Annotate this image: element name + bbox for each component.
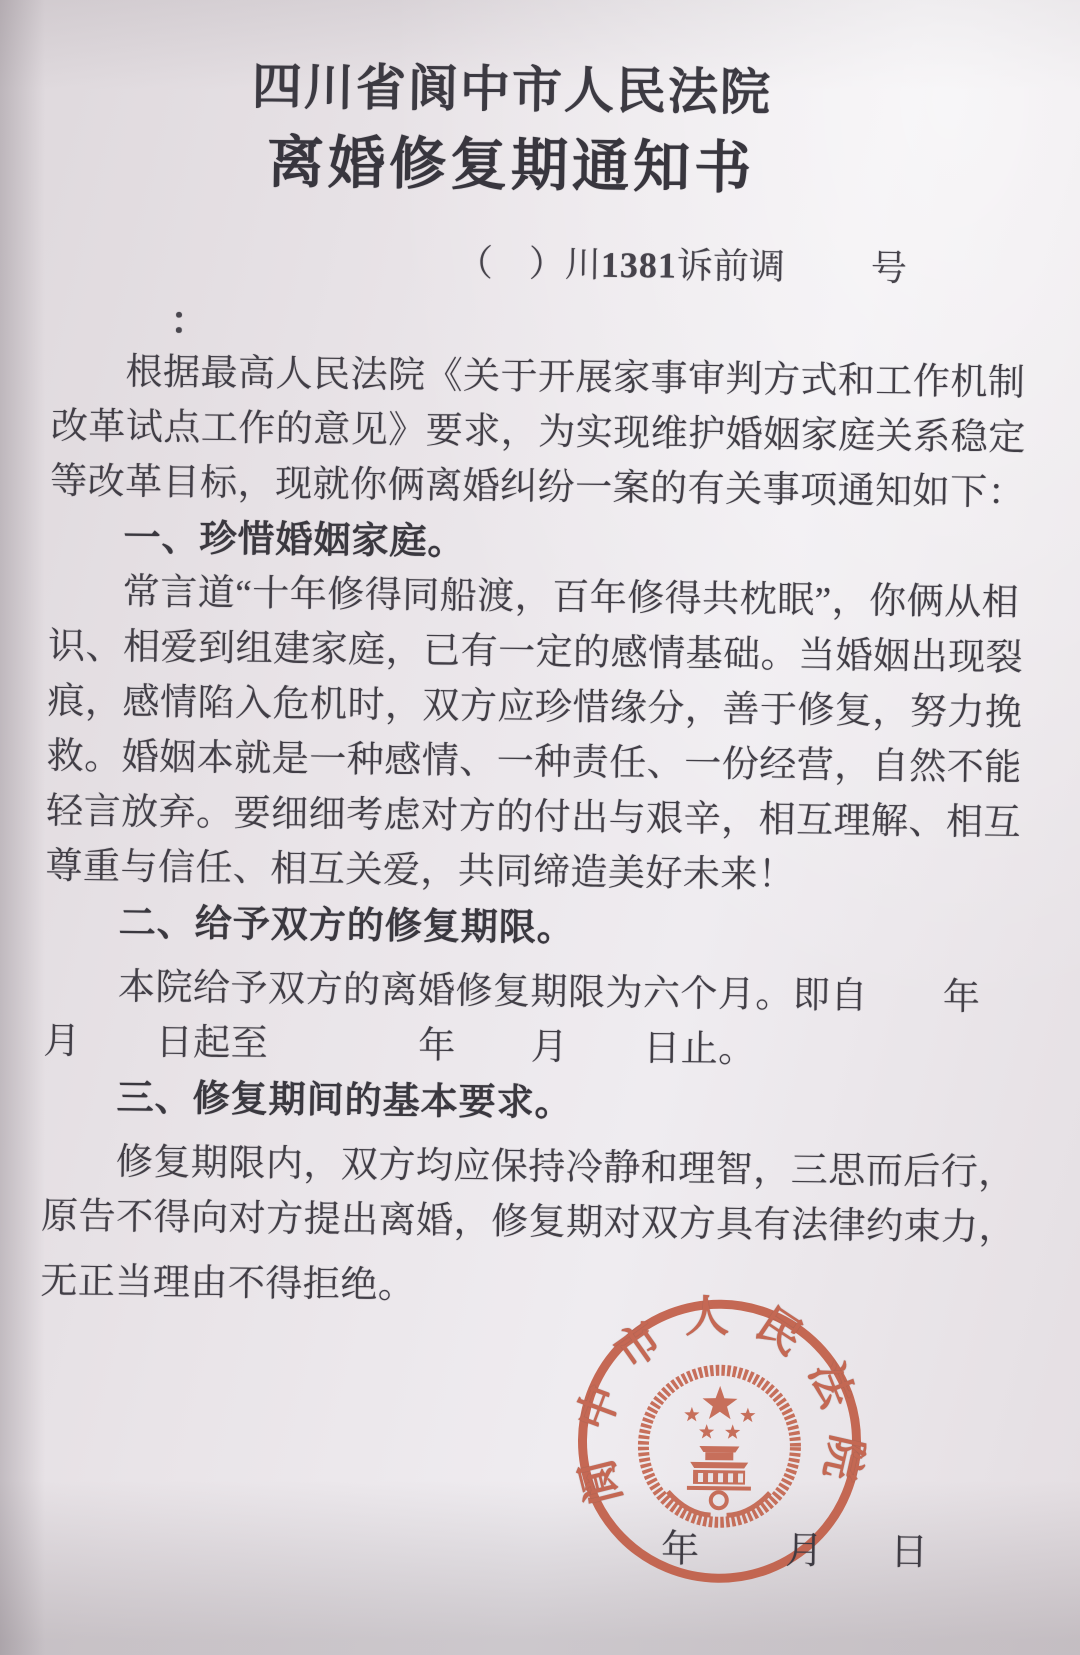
small-star [684, 1407, 699, 1422]
big-star [702, 1386, 737, 1420]
gear-icon [711, 1492, 727, 1508]
document-photo: { "colors": { "paper": "#e8e3e6", "ink":… [0, 0, 1080, 1655]
section-heading-3: 三、修复期间的基本要求。 [42, 1069, 959, 1135]
paper-sheet: 四川省阆中市人民法院 离婚修复期通知书 （ ）川1381诉前调号 ： 根据最高人… [0, 0, 1080, 1655]
case-bracket: （ ）川 [457, 243, 601, 285]
small-star [699, 1424, 714, 1439]
date-line: 年 月 日 [0, 1509, 1070, 1577]
case-number: 1381 [601, 245, 677, 286]
small-star [740, 1408, 755, 1423]
day-label: 日 [890, 1520, 929, 1575]
month-label: 月 [785, 1519, 824, 1574]
case-number-line: （ ）川1381诉前调号 [457, 235, 908, 291]
body-text: 根据最高人民法院《关于开展家事审判方式和工作机制 改革试点工作的意见》要求，为实… [40, 344, 968, 1320]
body-line: 原告不得向对方提出离婚，修复期对双方具有法律约束力， [41, 1189, 958, 1255]
case-suffix: 号 [871, 248, 908, 288]
document-title: 离婚修复期通知书 [6, 113, 1017, 207]
addressee-colon: ： [170, 289, 209, 344]
national-emblem [643, 1369, 797, 1523]
case-type: 诉前调 [677, 246, 785, 287]
small-star [725, 1424, 740, 1439]
tiananmen-gate [687, 1446, 752, 1491]
section-heading-2: 二、给予双方的修复期限。 [44, 894, 961, 960]
year-label: 年 [661, 1518, 700, 1573]
